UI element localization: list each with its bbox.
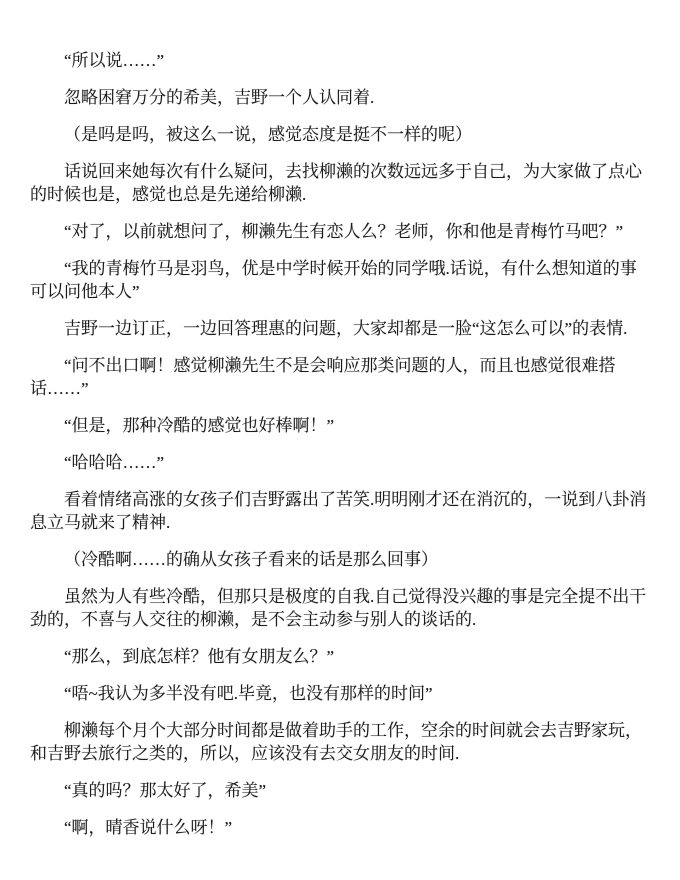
dialogue-paragraph: “那么，到底怎样？他有女朋友么？” (30, 645, 648, 668)
dialogue-paragraph: “唔~我认为多半没有吧.毕竟，也没有那样的时间” (30, 682, 648, 705)
narration-paragraph: 虽然为人有些冷酷，但那只是极度的自我.自己觉得没兴趣的事是完全提不出干劲的，不喜… (30, 585, 648, 631)
dialogue-paragraph: “我的青梅竹马是羽鸟，优是中学时候开始的同学哦.话说，有什么想知道的事可以问他本… (30, 257, 648, 303)
thought-paragraph: （冷酷啊……的确从女孩子看来的话是那么回事） (30, 548, 648, 571)
narration-paragraph: 看着情绪高涨的女孩子们吉野露出了苦笑.明明刚才还在消沉的，一说到八卦消息立马就来… (30, 488, 648, 534)
dialogue-paragraph: “真的吗？那太好了，希美” (30, 779, 648, 802)
narration-paragraph: 话说回来她每次有什么疑问，去找柳濑的次数远远多于自己，为大家做了点心的时候也是，… (30, 160, 648, 206)
dialogue-paragraph: “问不出口啊！感觉柳濑先生不是会响应那类问题的人，而且也感觉很难搭话……” (30, 354, 648, 400)
narration-paragraph: 柳濑每个月个大部分时间都是做着助手的工作，空余的时间就会去吉野家玩，和吉野去旅行… (30, 719, 648, 765)
novel-text-page: “所以说……” 忽略困窘万分的希美，吉野一个人认同着. （是吗是吗，被这么一说，… (0, 0, 680, 880)
dialogue-paragraph: “所以说……” (30, 49, 648, 72)
dialogue-paragraph: “哈哈哈……” (30, 451, 648, 474)
thought-paragraph: （是吗是吗，被这么一说，感觉态度是挺不一样的呢） (30, 123, 648, 146)
dialogue-paragraph: “对了，以前就想问了，柳濑先生有恋人么？老师，你和他是青梅竹马吧？” (30, 220, 648, 243)
narration-paragraph: 忽略困窘万分的希美，吉野一个人认同着. (30, 86, 648, 109)
dialogue-paragraph: “啊，晴香说什么呀！” (30, 816, 648, 839)
narration-paragraph: 吉野一边订正，一边回答理惠的问题，大家却都是一脸“这怎么可以”的表情. (30, 317, 648, 340)
dialogue-paragraph: “但是，那种冷酷的感觉也好棒啊！” (30, 414, 648, 437)
